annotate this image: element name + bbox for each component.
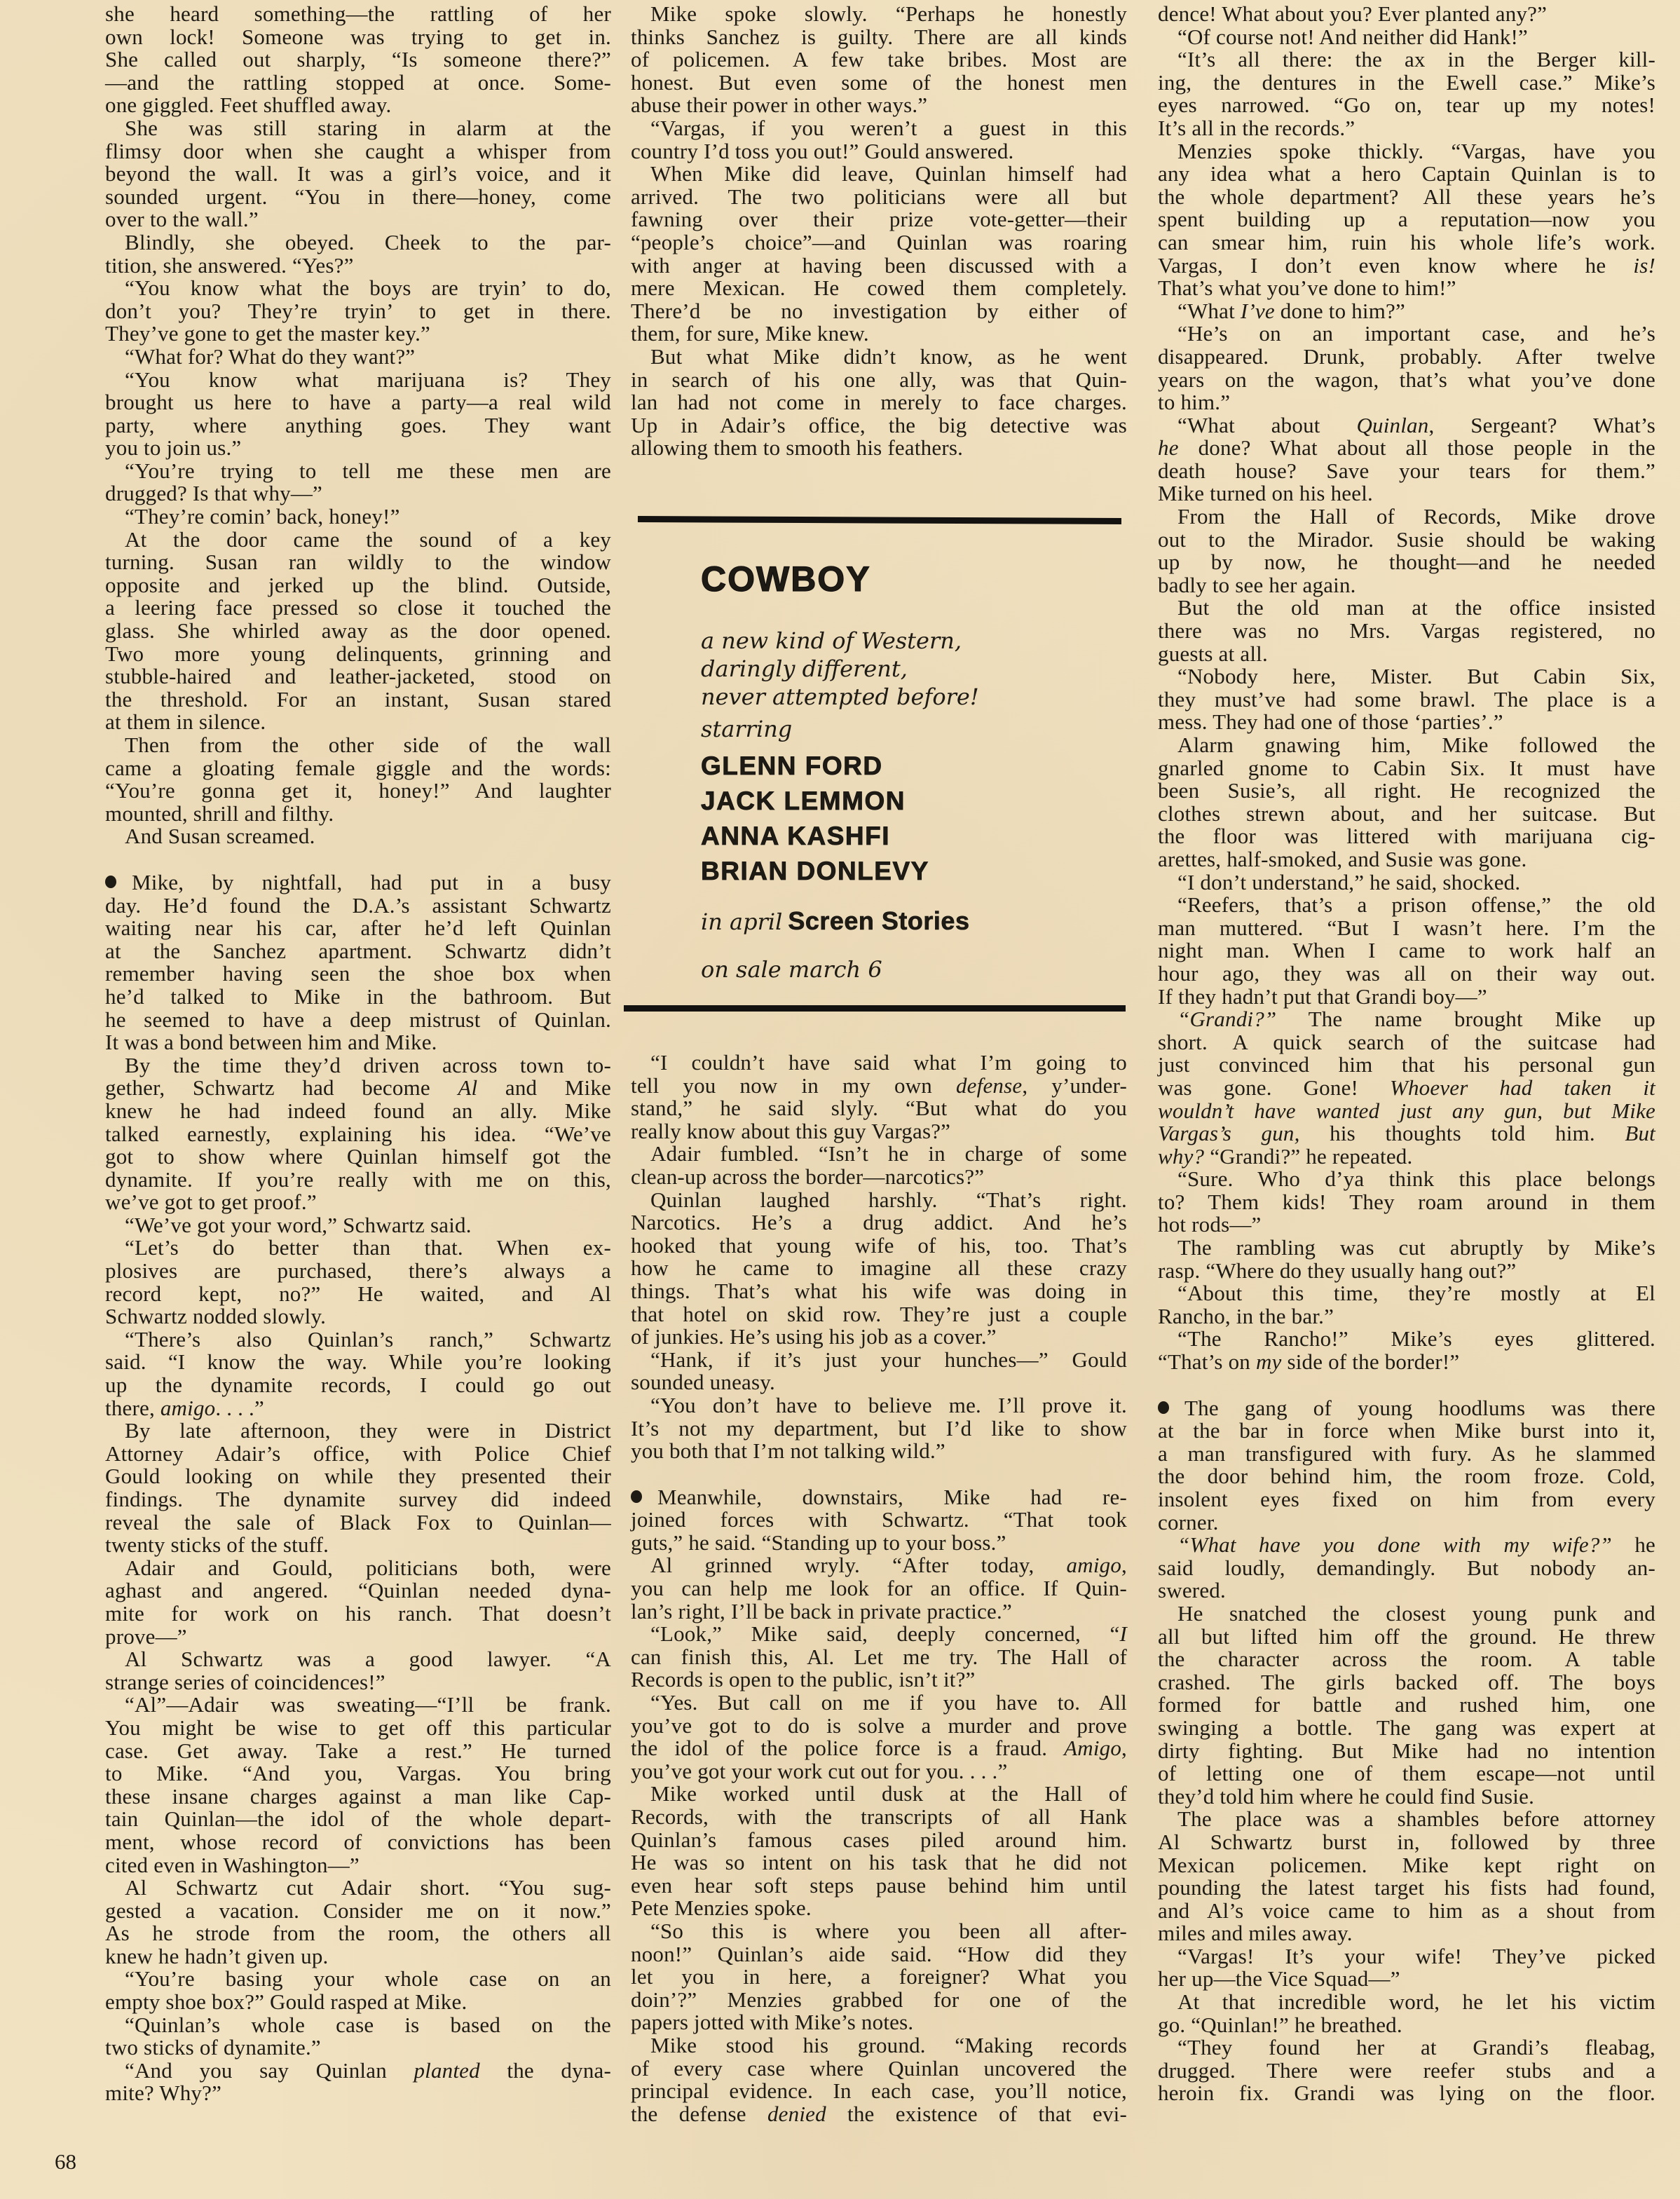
text-line: they must’ve had some brawl. The place i… bbox=[1158, 688, 1655, 712]
text-line: Then from the other side of the wall bbox=[105, 734, 611, 757]
text-line: a leering face pressed so close it touch… bbox=[105, 597, 611, 620]
text-line: death house? Save your tears for them.” bbox=[1158, 460, 1655, 483]
section-break bbox=[631, 1463, 1127, 1486]
text-line: “Nobody here, Mister. But Cabin Six, bbox=[1158, 665, 1655, 688]
ad-bottom-rule bbox=[624, 1005, 1126, 1012]
text-line: up by now, he thought—and he needed bbox=[1158, 551, 1655, 574]
paragraph: “About this time, they’re mostly at ElRa… bbox=[1158, 1282, 1655, 1328]
text-line: crashed. The girls backed off. The boys bbox=[1158, 1671, 1655, 1694]
text-line: glass. She whirled away as the door open… bbox=[105, 620, 611, 643]
text-line: “Yes. But call on me if you have to. All bbox=[631, 1691, 1127, 1715]
text-line: dence! What about you? Ever planted any?… bbox=[1158, 3, 1655, 26]
paragraph: dence! What about you? Ever planted any?… bbox=[1158, 3, 1655, 26]
paragraph: At that incredible word, he let his vict… bbox=[1158, 1991, 1655, 2036]
text-line: why? “Grandi?” he repeated. bbox=[1158, 1145, 1655, 1169]
text-line: Quinlan laughed harshly. “That’s right. bbox=[631, 1189, 1127, 1212]
text-line: dynamite. If you’re really with me on th… bbox=[105, 1169, 611, 1192]
text-line: stand,” he said slyly. “But what do you bbox=[631, 1097, 1127, 1120]
text-line: wouldn’t have wanted just any gun, but M… bbox=[1158, 1100, 1655, 1123]
paragraph: He snatched the closest young punk andal… bbox=[1158, 1602, 1655, 1808]
text-line: you to join us.” bbox=[105, 437, 611, 460]
paragraph: “You don’t have to believe me. I’ll prov… bbox=[631, 1394, 1127, 1463]
text-line: things. That’s what his wife was doing i… bbox=[631, 1280, 1127, 1303]
paragraph: Mike stood his ground. “Making recordsof… bbox=[631, 2034, 1127, 2125]
text-line: just convinced him that his personal gun bbox=[1158, 1054, 1655, 1077]
text-line: They’ve gone to get the master key.” bbox=[105, 322, 611, 346]
text-line: “They’re comin’ back, honey!” bbox=[105, 505, 611, 529]
text-line: insolent eyes fixed on him from every bbox=[1158, 1488, 1655, 1511]
text-line: noon!” Quinlan’s aide said. “How did the… bbox=[631, 1943, 1127, 1966]
text-line: “Vargas! It’s your wife! They’ve picked bbox=[1158, 1945, 1655, 1968]
text-line: swered. bbox=[1158, 1579, 1655, 1602]
text-line: joined forces with Schwartz. “That took bbox=[631, 1509, 1127, 1532]
paragraph: “Of course not! And neither did Hank!” bbox=[1158, 26, 1655, 49]
text-line: “You know what marijuana is? They bbox=[105, 369, 611, 392]
paragraph: By late afternoon, they were in District… bbox=[105, 1420, 611, 1557]
magazine-page: she heard something—the rattling of hero… bbox=[0, 0, 1680, 2199]
section-bullet-icon bbox=[105, 876, 116, 888]
paragraph: “They’re comin’ back, honey!” bbox=[105, 505, 611, 529]
text-line: “What about Quinlan, Sergeant? What’s bbox=[1158, 414, 1655, 437]
paragraph: But the old man at the office insistedth… bbox=[1158, 597, 1655, 665]
text-line: “Of course not! And neither did Hank!” bbox=[1158, 26, 1655, 49]
text-line: hot rods—” bbox=[1158, 1213, 1655, 1237]
paragraph: “And you say Quinlan planted the dyna-mi… bbox=[105, 2060, 611, 2105]
text-line: don’t you? They’re tryin’ to get in ther… bbox=[105, 300, 611, 323]
ad-promo-prefix: in april bbox=[701, 908, 782, 935]
text-line: Adair fumbled. “Isn’t he in charge of so… bbox=[631, 1143, 1127, 1166]
text-line: disappeared. Drunk, probably. After twel… bbox=[1158, 346, 1655, 369]
text-line: “You know what the boys are tryin’ to do… bbox=[105, 277, 611, 300]
text-line: Al Schwartz burst in, followed by three bbox=[1158, 1831, 1655, 1854]
text-line: over to the wall.” bbox=[105, 208, 611, 231]
italic-text: I’ve bbox=[1241, 299, 1275, 323]
text-line: gested a vacation. Consider me on it now… bbox=[105, 1900, 611, 1923]
text-line: “people’s choice”—and Quinlan was roarin… bbox=[631, 231, 1127, 254]
text-line: country I’d toss you out!” Gould answere… bbox=[631, 140, 1127, 163]
text-line: was gone. Gone! Whoever had taken it bbox=[1158, 1077, 1655, 1100]
text-line: Two more young delinquents, grinning and bbox=[105, 643, 611, 666]
paragraph: “Quinlan’s whole case is based on thetwo… bbox=[105, 2014, 611, 2060]
text-line: he’d talked to Mike in the bathroom. But bbox=[105, 986, 611, 1009]
paragraph: By the time they’d driven across town to… bbox=[105, 1054, 611, 1214]
ad-cast-list: GLENN FORD JACK LEMMON ANNA KASHFI BRIAN… bbox=[701, 749, 979, 889]
text-line: flimsy door when she caught a whisper fr… bbox=[105, 140, 611, 163]
paragraph: “He’s on an important case, and he’sdisa… bbox=[1158, 322, 1655, 414]
ad-tagline: a new kind of Western, daringly differen… bbox=[701, 627, 979, 711]
paragraph: “You know what marijuana is? Theybrought… bbox=[105, 369, 611, 460]
text-line: As he strode from the room, the others a… bbox=[105, 1922, 611, 1945]
text-line: plosives are purchased, there’s always a bbox=[105, 1260, 611, 1283]
text-line: It’s all in the records.” bbox=[1158, 117, 1655, 140]
text-line: to? Them kids! They roam around in them bbox=[1158, 1191, 1655, 1214]
text-line: You might be wise to get off this partic… bbox=[105, 1717, 611, 1740]
ad-top-rule bbox=[638, 516, 1121, 524]
text-line: that hotel on skid row. They’re just a c… bbox=[631, 1303, 1127, 1326]
text-line: “Grandi?” The name brought Mike up bbox=[1158, 1008, 1655, 1031]
text-line: of every case where Quinlan uncovered th… bbox=[631, 2057, 1127, 2081]
paragraph: “So this is where you been all after-noo… bbox=[631, 1920, 1127, 2034]
text-line: Mike turned on his heel. bbox=[1158, 482, 1655, 505]
text-line: let you in here, a foreigner? What you bbox=[631, 1966, 1127, 1989]
paragraph: Adair fumbled. “Isn’t he in charge of so… bbox=[631, 1143, 1127, 1188]
paragraph: From the Hall of Records, Mike droveout … bbox=[1158, 505, 1655, 597]
text-line: Mike worked until dusk at the Hall of bbox=[631, 1783, 1127, 1806]
paragraph: Alarm gnawing him, Mike followed thegnar… bbox=[1158, 734, 1655, 871]
paragraph: “Reefers, that’s a prison offense,” the … bbox=[1158, 894, 1655, 1008]
paragraph: “Look,” Mike said, deeply concerned, “Ic… bbox=[631, 1623, 1127, 1691]
text-line: “You don’t have to believe me. I’ll prov… bbox=[631, 1394, 1127, 1417]
paragraph: Adair and Gould, politicians both, werea… bbox=[105, 1557, 611, 1648]
text-line: tain Quinlan—the idol of the whole depar… bbox=[105, 1808, 611, 1831]
text-line: Vargas’s gun, his thoughts told him. But bbox=[1158, 1122, 1655, 1145]
text-line: corner. bbox=[1158, 1511, 1655, 1534]
paragraph: Mike spoke slowly. “Perhaps he honestlyt… bbox=[631, 3, 1127, 117]
text-line: “I couldn’t have said what I’m going to bbox=[631, 1051, 1127, 1075]
text-line: “You’re gonna get it, honey!” And laught… bbox=[105, 779, 611, 803]
text-line: Al Schwartz was a good lawyer. “A bbox=[105, 1648, 611, 1671]
text-line: thinks Sanchez is guilty. There are all … bbox=[631, 26, 1127, 49]
text-line: the character across the room. A table bbox=[1158, 1648, 1655, 1671]
italic-text: Amigo bbox=[1064, 1736, 1121, 1760]
text-line: opposite and jerked up the blind. Outsid… bbox=[105, 574, 611, 597]
text-line: “Vargas, if you weren’t a guest in this bbox=[631, 117, 1127, 140]
text-line: prove—” bbox=[105, 1626, 611, 1649]
text-line: in search of his one ally, was that Quin… bbox=[631, 369, 1127, 392]
paragraph: And Susan screamed. bbox=[105, 825, 611, 848]
text-line: “And you say Quinlan planted the dyna- bbox=[105, 2060, 611, 2083]
paragraph: “Hank, if it’s just your hunches—” Gould… bbox=[631, 1349, 1127, 1394]
page-number: 68 bbox=[55, 2150, 76, 2173]
text-line: up the dynamite records, I could go out bbox=[105, 1374, 611, 1397]
text-line: fawning over their prize vote-getter—the… bbox=[631, 208, 1127, 231]
text-line: talked earnestly, explaining his idea. “… bbox=[105, 1123, 611, 1146]
text-line: strange series of coincidences!” bbox=[105, 1671, 611, 1694]
text-line: eyes narrowed. “Go on, tear up my notes! bbox=[1158, 94, 1655, 117]
text-line: two sticks of dynamite.” bbox=[105, 2036, 611, 2060]
text-line: By the time they’d driven across town to… bbox=[105, 1054, 611, 1077]
text-line: Gould looking on while they presented th… bbox=[105, 1465, 611, 1488]
paragraph: The place was a shambles before attorney… bbox=[1158, 1808, 1655, 1945]
paragraph: Al Schwartz was a good lawyer. “Astrange… bbox=[105, 1648, 611, 1694]
text-line: There’d be no investigation by either of bbox=[631, 300, 1127, 323]
paragraph: Mike, by nightfall, had put in a busyday… bbox=[105, 871, 611, 1054]
text-line: “We’ve got your word,” Schwartz said. bbox=[105, 1214, 611, 1237]
text-line: She called out sharply, “Is someone ther… bbox=[105, 48, 611, 72]
text-line: “He’s on an important case, and he’s bbox=[1158, 322, 1655, 346]
story-column-2: Mike spoke slowly. “Perhaps he honestlyt… bbox=[631, 3, 1127, 460]
paragraph: But what Mike didn’t know, as he wentin … bbox=[631, 346, 1127, 460]
text-line: “So this is where you been all after- bbox=[631, 1920, 1127, 1943]
paragraph: “They found her at Grandi’s fleabag,drug… bbox=[1158, 2036, 1655, 2105]
story-column-3: dence! What about you? Ever planted any?… bbox=[1158, 3, 1655, 2105]
text-line: the whole department? All these years he… bbox=[1158, 186, 1655, 209]
text-line: “Reefers, that’s a prison offense,” the … bbox=[1158, 894, 1655, 917]
text-line: at the Sanchez apartment. Schwartz didn’… bbox=[105, 940, 611, 963]
text-line: he seemed to have a deep mistrust of Qui… bbox=[105, 1009, 611, 1032]
text-line: Up in Adair’s office, the big detective … bbox=[631, 414, 1127, 437]
text-line: papers jotted with Mike’s notes. bbox=[631, 2011, 1127, 2034]
text-line: When Mike did leave, Quinlan himself had bbox=[631, 163, 1127, 186]
text-line: abuse their power in other ways.” bbox=[631, 94, 1127, 117]
text-line: gether, Schwartz had become Al and Mike bbox=[105, 1077, 611, 1100]
paragraph: “Al”—Adair was sweating—“I’ll be frank.Y… bbox=[105, 1694, 611, 1877]
text-line: with anger at having been discussed with… bbox=[631, 254, 1127, 278]
text-line: dirty fighting. But Mike had no intentio… bbox=[1158, 1740, 1655, 1763]
text-line: “You’re trying to tell me these men are bbox=[105, 460, 611, 483]
text-line: the threshold. For an instant, Susan sta… bbox=[105, 688, 611, 712]
cowboy-advertisement: COWBOY a new kind of Western, daringly d… bbox=[624, 516, 1127, 1018]
text-line: “I don’t understand,” he said, shocked. bbox=[1158, 871, 1655, 894]
text-line: “What have you done with my wife?” he bbox=[1158, 1534, 1655, 1557]
text-line: you both that I’m not talking wild.” bbox=[631, 1440, 1127, 1463]
text-line: you can help me look for an office. If Q… bbox=[631, 1577, 1127, 1600]
text-line: you’ve got your work cut out for you. . … bbox=[631, 1760, 1127, 1783]
text-line: “Quinlan’s whole case is based on the bbox=[105, 2014, 611, 2037]
text-line: Alarm gnawing him, Mike followed the bbox=[1158, 734, 1655, 757]
text-line: Records, with the transcripts of all Han… bbox=[631, 1806, 1127, 1829]
text-line: them, for sure, Mike knew. bbox=[631, 322, 1127, 346]
ad-promo-line: in april Screen Stories bbox=[701, 907, 979, 936]
text-line: night man. When I came to work half an bbox=[1158, 939, 1655, 962]
text-line: That’s what you’ve done to him!” bbox=[1158, 277, 1655, 300]
text-line: findings. The dynamite survey did indeed bbox=[105, 1488, 611, 1511]
text-line: “What I’ve done to him?” bbox=[1158, 300, 1655, 323]
paragraph: “Let’s do better than that. When ex-plos… bbox=[105, 1237, 611, 1328]
text-line: at them in silence. bbox=[105, 711, 611, 734]
italic-text: “What have you done with my wife?” bbox=[1177, 1532, 1612, 1557]
text-line: lan had not come in merely to face charg… bbox=[631, 391, 1127, 414]
italic-text: he bbox=[1158, 435, 1179, 460]
paragraph: Then from the other side of the wallcame… bbox=[105, 734, 611, 825]
text-line: “What for? What do they want?” bbox=[105, 346, 611, 369]
italic-text: I bbox=[1119, 1621, 1127, 1646]
text-line: “Sure. Who d’ya think this place belongs bbox=[1158, 1168, 1655, 1191]
text-line: “They found her at Grandi’s fleabag, bbox=[1158, 2036, 1655, 2060]
text-line: at the bar in force when Mike burst into… bbox=[1158, 1420, 1655, 1443]
text-line: “There’s also Quinlan’s ranch,” Schwartz bbox=[105, 1328, 611, 1352]
text-line: He was so intent on his task that he did… bbox=[631, 1851, 1127, 1874]
text-line: It’s not my department, but I’d like to … bbox=[631, 1417, 1127, 1441]
italic-text: But bbox=[1625, 1121, 1655, 1145]
paragraph: “Sure. Who d’ya think this place belongs… bbox=[1158, 1168, 1655, 1237]
paragraph: Meanwhile, downstairs, Mike had re-joine… bbox=[631, 1486, 1127, 1555]
text-line: empty shoe box?” Gould rasped at Mike. bbox=[105, 1991, 611, 2014]
text-line: years on the wagon, that’s what you’ve d… bbox=[1158, 369, 1655, 392]
text-line: principal evidence. In each case, you’ll… bbox=[631, 2080, 1127, 2103]
ad-cast-name: GLENN FORD bbox=[701, 749, 979, 784]
text-line: mounted, shrill and filthy. bbox=[105, 803, 611, 826]
text-line: can smear him, ruin his whole life’s wor… bbox=[1158, 231, 1655, 254]
ad-tagline-line: daringly different, bbox=[701, 655, 979, 683]
paragraph: Al Schwartz cut Adair short. “You sug-ge… bbox=[105, 1877, 611, 1968]
text-line: man muttered. “But I wasn’t here. I’m th… bbox=[1158, 917, 1655, 940]
text-line: tition, she answered. “Yes?” bbox=[105, 254, 611, 278]
ad-cast-name: JACK LEMMON bbox=[701, 784, 979, 819]
text-line: knew he had indeed found an ally. Mike bbox=[105, 1100, 611, 1123]
paragraph: “Vargas! It’s your wife! They’ve pickedh… bbox=[1158, 1945, 1655, 1991]
text-line: stubble-haired and leather-jacketed, sto… bbox=[105, 665, 611, 688]
italic-text: Quinlan bbox=[1356, 413, 1428, 437]
text-line: drugged. There were reefer stubs and a bbox=[1158, 2060, 1655, 2083]
text-line: rasp. “Where do they usually hang out?” bbox=[1158, 1260, 1655, 1283]
text-line: party, where anything goes. They want bbox=[105, 414, 611, 437]
paragraph: Blindly, she obeyed. Cheek to the par-ti… bbox=[105, 231, 611, 277]
text-line: a man transfigured with fury. As he slam… bbox=[1158, 1443, 1655, 1466]
text-line: the door behind him, the room froze. Col… bbox=[1158, 1465, 1655, 1488]
text-line: of policemen. A few take bribes. Most ar… bbox=[631, 48, 1127, 72]
text-line: record kept, no?” He waited, and Al bbox=[105, 1283, 611, 1306]
text-line: own lock! Someone was trying to get in. bbox=[105, 26, 611, 49]
text-line: how he came to imagine all these crazy bbox=[631, 1257, 1127, 1280]
text-line: guests at all. bbox=[1158, 643, 1655, 666]
italic-text: denied bbox=[767, 2102, 826, 2126]
text-line: “About this time, they’re mostly at El bbox=[1158, 1282, 1655, 1305]
italic-text: why? bbox=[1158, 1144, 1204, 1169]
ad-tagline-line: never attempted before! bbox=[701, 683, 979, 711]
text-line: lan’s right, I’ll be back in private pra… bbox=[631, 1600, 1127, 1623]
text-line: It was a bond between him and Mike. bbox=[105, 1031, 611, 1054]
text-line: can finish this, Al. Let me try. The Hal… bbox=[631, 1646, 1127, 1669]
text-line: gnarled gnome to Cabin Six. It must have bbox=[1158, 757, 1655, 780]
text-line: He snatched the closest young punk and bbox=[1158, 1602, 1655, 1626]
paragraph: Quinlan laughed harshly. “That’s right.N… bbox=[631, 1189, 1127, 1349]
text-line: clean-up across the border—narcotics?” bbox=[631, 1166, 1127, 1189]
paragraph: “What for? What do they want?” bbox=[105, 346, 611, 369]
text-line: she heard something—the rattling of her bbox=[105, 3, 611, 26]
ad-title: COWBOY bbox=[701, 558, 979, 600]
text-line: ment, whose record of convictions has be… bbox=[105, 1831, 611, 1854]
text-line: sounded urgent. “You in there—honey, com… bbox=[105, 186, 611, 209]
text-line: drugged? Is that why—” bbox=[105, 482, 611, 505]
ad-starring-label: starring bbox=[701, 715, 979, 743]
paragraph: “What I’ve done to him?” bbox=[1158, 300, 1655, 323]
italic-text: Vargas’s gun, bbox=[1158, 1121, 1300, 1145]
text-line: “It’s all there: the ax in the Berger ki… bbox=[1158, 48, 1655, 72]
text-line: sounded uneasy. bbox=[631, 1371, 1127, 1394]
text-line: “Hank, if it’s just your hunches—” Gould bbox=[631, 1349, 1127, 1372]
text-line: pounding the latest target his fists had… bbox=[1158, 1877, 1655, 1900]
text-line: the defense denied the existence of that… bbox=[631, 2103, 1127, 2126]
italic-text: Whoever had taken it bbox=[1390, 1075, 1655, 1100]
text-line: tell you now in my own defense, y’under- bbox=[631, 1075, 1127, 1098]
column-2-upper-text: Mike spoke slowly. “Perhaps he honestlyt… bbox=[631, 3, 1127, 460]
text-line: brought us here to have a party—a real w… bbox=[105, 391, 611, 414]
text-line: “You’re basing your whole case on an bbox=[105, 1968, 611, 1991]
text-line: Narcotics. He’s a drug addict. And he’s bbox=[631, 1211, 1127, 1234]
text-line: any idea what a hero Captain Quinlan is … bbox=[1158, 163, 1655, 186]
text-line: “That’s on my side of the border!” bbox=[1158, 1351, 1655, 1374]
text-line: If they hadn’t put that Grandi boy—” bbox=[1158, 986, 1655, 1009]
text-line: out to the Mirador. Susie should be waki… bbox=[1158, 529, 1655, 552]
text-line: these insane charges against a man like … bbox=[105, 1785, 611, 1809]
story-column-1: she heard something—the rattling of hero… bbox=[105, 3, 611, 2105]
section-break bbox=[1158, 1374, 1655, 1397]
text-line: Pete Menzies spoke. bbox=[631, 1897, 1127, 1920]
paragraph: “You know what the boys are tryin’ to do… bbox=[105, 277, 611, 346]
text-line: knew he hadn’t given up. bbox=[105, 1945, 611, 1968]
italic-text: planted bbox=[414, 2058, 479, 2083]
text-line: go. “Quinlan!” he breathed. bbox=[1158, 2014, 1655, 2037]
paragraph: “Vargas, if you weren’t a guest in thisc… bbox=[631, 117, 1127, 163]
paragraph: “What about Quinlan, Sergeant? What’she … bbox=[1158, 414, 1655, 505]
text-line: ing, the dentures in the Ewell case.” Mi… bbox=[1158, 72, 1655, 95]
text-line: short. A quick search of the suitcase ha… bbox=[1158, 1031, 1655, 1054]
text-line: The place was a shambles before attorney bbox=[1158, 1808, 1655, 1831]
text-line: The rambling was cut abruptly by Mike’s bbox=[1158, 1237, 1655, 1260]
italic-text: defense bbox=[956, 1073, 1022, 1098]
text-line: From the Hall of Records, Mike drove bbox=[1158, 505, 1655, 529]
text-line: Al grinned wryly. “After today, amigo, bbox=[631, 1554, 1127, 1577]
text-line: of letting one of them escape—not until bbox=[1158, 1762, 1655, 1785]
text-line: really know about this guy Vargas?” bbox=[631, 1120, 1127, 1143]
text-line: arrived. The two politicians were all bu… bbox=[631, 186, 1127, 209]
italic-text: “Grandi?” bbox=[1177, 1007, 1276, 1031]
text-line: formed for battle and rushed him, one bbox=[1158, 1694, 1655, 1717]
text-line: turning. Susan ran wildly to the window bbox=[105, 551, 611, 574]
italic-text: Al bbox=[458, 1075, 477, 1100]
text-line: said loudly, demandingly. But nobody an- bbox=[1158, 1557, 1655, 1580]
text-line: all but lifted him off the ground. He th… bbox=[1158, 1626, 1655, 1649]
text-line: Mike stood his ground. “Making records bbox=[631, 2034, 1127, 2057]
text-line: Adair and Gould, politicians both, were bbox=[105, 1557, 611, 1580]
text-line: Records is open to the public, isn’t it?… bbox=[631, 1668, 1127, 1691]
text-line: But the old man at the office insisted bbox=[1158, 597, 1655, 620]
text-line: Quinlan’s famous cases piled around him. bbox=[631, 1829, 1127, 1852]
paragraph: “It’s all there: the ax in the Berger ki… bbox=[1158, 48, 1655, 139]
paragraph: “What have you done with my wife?” hesai… bbox=[1158, 1534, 1655, 1602]
text-line: arettes, half-smoked, and Susie was gone… bbox=[1158, 848, 1655, 871]
text-line: spent building up a reputation—now you bbox=[1158, 208, 1655, 231]
text-line: even hear soft steps pause behind him un… bbox=[631, 1874, 1127, 1898]
text-line: But what Mike didn’t know, as he went bbox=[631, 346, 1127, 369]
paragraph: “There’s also Quinlan’s ranch,” Schwartz… bbox=[105, 1328, 611, 1420]
text-line: they’d told him where he could find Susi… bbox=[1158, 1785, 1655, 1809]
section-break bbox=[105, 848, 611, 871]
text-line: badly to see her again. bbox=[1158, 574, 1655, 597]
paragraph: “You’re basing your whole case on anempt… bbox=[105, 1968, 611, 2013]
paragraph: When Mike did leave, Quinlan himself had… bbox=[631, 163, 1127, 346]
text-line: of junkies. He’s using his job as a cove… bbox=[631, 1326, 1127, 1349]
text-line: hooked that young wife of his, too. That… bbox=[631, 1234, 1127, 1258]
paragraph: “I couldn’t have said what I’m going tot… bbox=[631, 1051, 1127, 1143]
text-line: At the door came the sound of a key bbox=[105, 529, 611, 552]
text-line: beyond the wall. It was a girl’s voice, … bbox=[105, 163, 611, 186]
text-line: By late afternoon, they were in District bbox=[105, 1420, 611, 1443]
text-line: Schwartz nodded slowly. bbox=[105, 1305, 611, 1328]
text-line: day. He’d found the D.A.’s assistant Sch… bbox=[105, 894, 611, 918]
text-line: to him.” bbox=[1158, 391, 1655, 414]
text-line: Vargas, I don’t even know where he is! bbox=[1158, 254, 1655, 278]
text-line: —and the rattling stopped at once. Some- bbox=[105, 72, 611, 95]
text-line: guts,” he said. “Standing up to your bos… bbox=[631, 1532, 1127, 1555]
text-line: Menzies spoke thickly. “Vargas, have you bbox=[1158, 140, 1655, 163]
text-line: mere Mexican. He cowed them completely. bbox=[631, 277, 1127, 300]
text-line: Rancho, in the bar.” bbox=[1158, 1305, 1655, 1328]
text-line: waiting near his car, after he’d left Qu… bbox=[105, 917, 611, 940]
text-line: the idol of the police force is a fraud.… bbox=[631, 1737, 1127, 1760]
italic-text: wouldn’t have wanted just any gun, but M… bbox=[1158, 1098, 1655, 1123]
text-line: said. “I know the way. While you’re look… bbox=[105, 1351, 611, 1374]
text-line: “Let’s do better than that. When ex- bbox=[105, 1237, 611, 1260]
text-line: Al Schwartz cut Adair short. “You sug- bbox=[105, 1877, 611, 1900]
text-line: The gang of young hoodlums was there bbox=[1158, 1397, 1655, 1420]
paragraph: Mike worked until dusk at the Hall ofRec… bbox=[631, 1783, 1127, 1920]
paragraph: The gang of young hoodlums was thereat t… bbox=[1158, 1397, 1655, 1534]
paragraph: “Grandi?” The name brought Mike upshort.… bbox=[1158, 1008, 1655, 1168]
paragraph: Menzies spoke thickly. “Vargas, have you… bbox=[1158, 140, 1655, 300]
text-line: case. Get away. Take a rest.” He turned bbox=[105, 1740, 611, 1763]
